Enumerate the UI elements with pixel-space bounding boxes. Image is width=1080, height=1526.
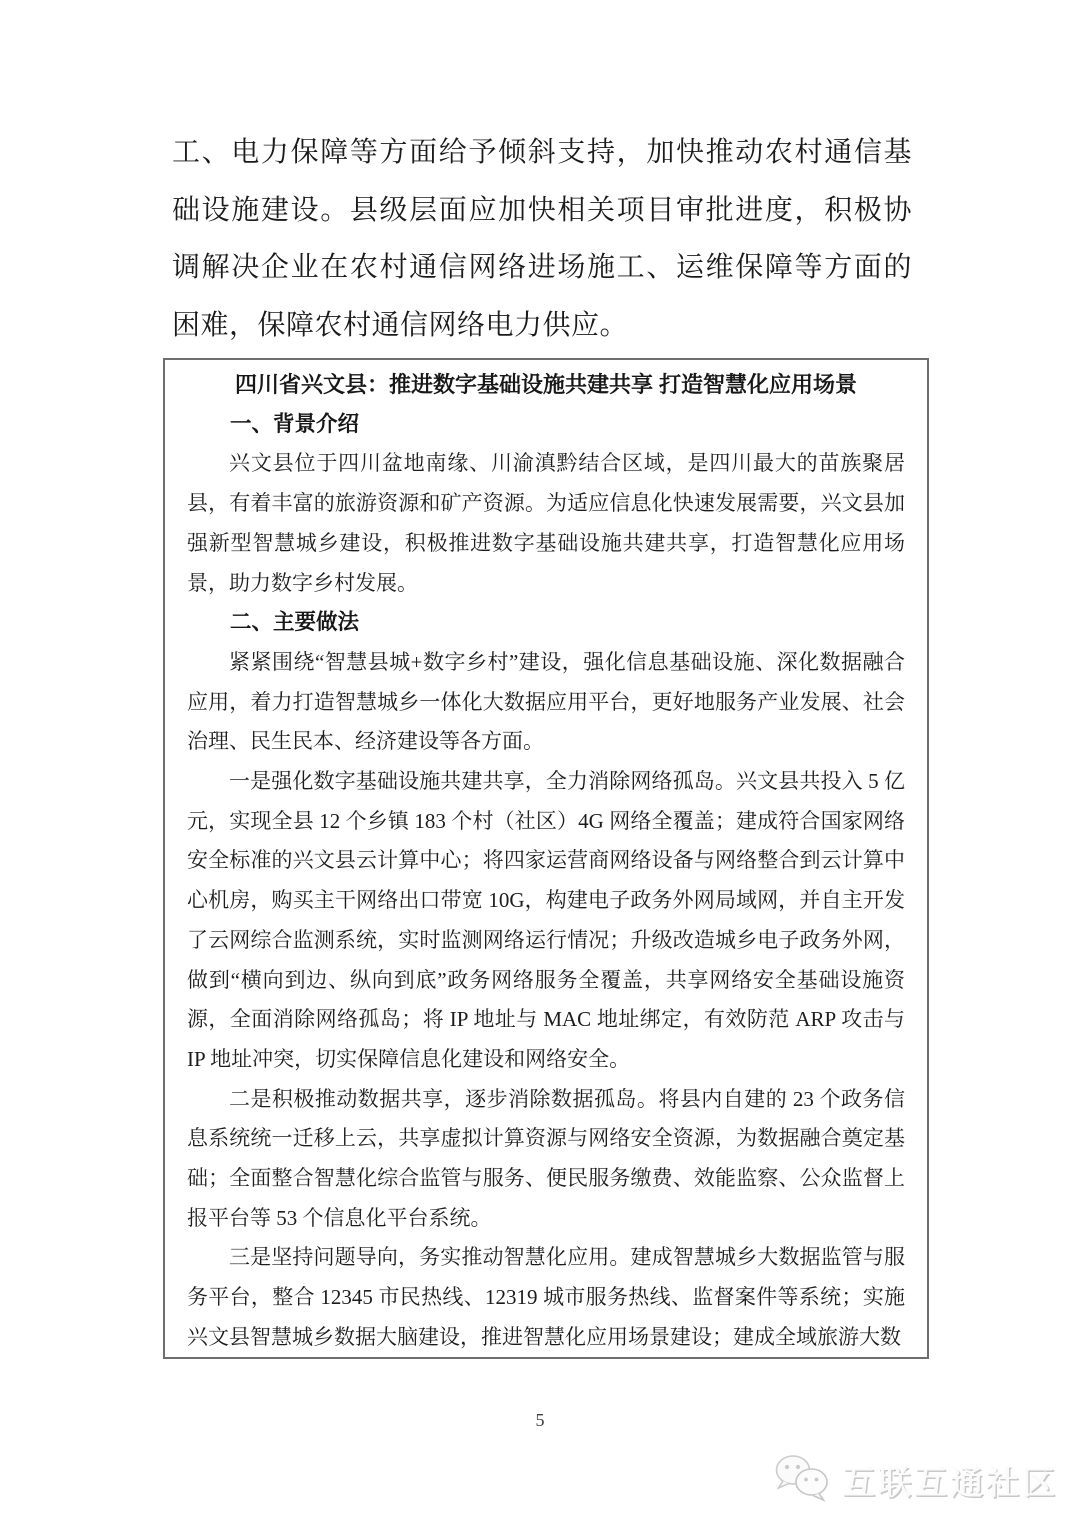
practices-second-paragraph: 二是积极推动数据共享，逐步消除数据孤岛。将县内自建的 23 个政务信息系统统一迁… bbox=[187, 1080, 905, 1239]
background-paragraph: 兴文县位于四川盆地南缘、川渝滇黔结合区域，是四川最大的苗族聚居县，有着丰富的旅游… bbox=[187, 444, 905, 603]
section-heading-background: 一、背景介绍 bbox=[187, 405, 905, 445]
brand-name: 互联互通社区 bbox=[842, 1457, 1058, 1504]
document-page: 工、电力保障等方面给予倾斜支持，加快推动农村通信基础设施建设。县级层面应加快相关… bbox=[0, 0, 1080, 1526]
section-heading-main-practices: 二、主要做法 bbox=[187, 603, 905, 643]
practices-first-paragraph: 一是强化数字基础设施共建共享，全力消除网络孤岛。兴文县共投入 5 亿元，实现全县… bbox=[187, 762, 905, 1080]
case-study-box: 四川省兴文县：推进数字基础设施共建共享 打造智慧化应用场景 一、背景介绍 兴文县… bbox=[163, 358, 929, 1359]
practices-overview-paragraph: 紧紧围绕“智慧县城+数字乡村”建设，强化信息基础设施、深化数据融合应用，着力打造… bbox=[187, 643, 905, 762]
case-box-title: 四川省兴文县：推进数字基础设施共建共享 打造智慧化应用场景 bbox=[187, 365, 905, 405]
page-number: 5 bbox=[0, 1410, 1080, 1431]
practices-third-paragraph: 三是坚持问题导向，务实推动智慧化应用。建成智慧城乡大数据监管与服务平台，整合 1… bbox=[187, 1238, 905, 1357]
intro-paragraph: 工、电力保障等方面给予倾斜支持，加快推动农村通信基础设施建设。县级层面应加快相关… bbox=[172, 124, 912, 354]
brand-watermark: 互联互通社区 bbox=[772, 1452, 1058, 1509]
chat-bubbles-icon bbox=[772, 1452, 834, 1509]
